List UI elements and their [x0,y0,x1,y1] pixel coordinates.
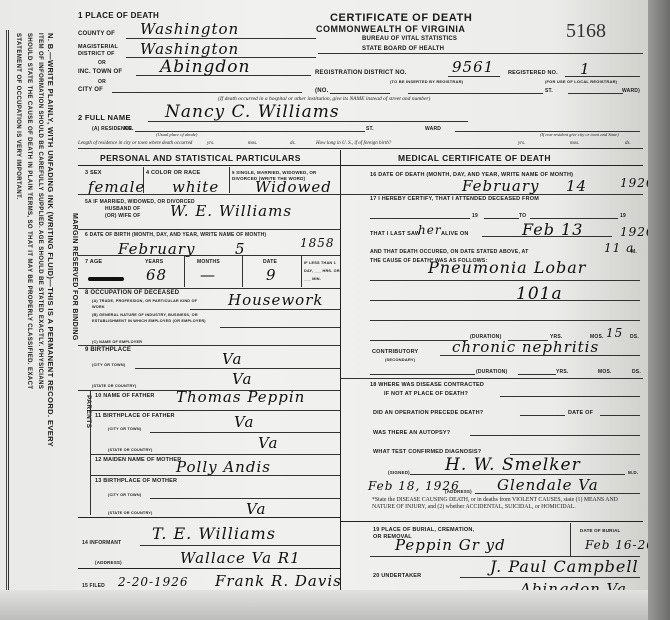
operation-label: DID AN OPERATION PRECEDE DEATH? [373,410,483,416]
registered-no-value: 1 [580,60,591,78]
age-years-label: YEARS [145,259,163,265]
age-days-value: 9 [266,266,277,284]
spouse-label-2: HUSBAND OF [105,206,140,212]
full-name-value: Nancy C. Williams [165,102,340,122]
medical-section-title: MEDICAL CERTIFICATE OF DEATH [398,153,551,163]
or-label-2: OR [98,79,106,85]
personal-section-title: PERSONAL AND STATISTICAL PARTICULARS [100,153,301,163]
father-state-value: Va [258,434,278,452]
undertaker-value: J. Paul Campbell [490,557,639,576]
duration2-label: (DURATION) [476,369,507,375]
to-19: 19 [620,213,626,219]
ward-label: WARD) [622,88,640,94]
informant-address-value: Wallace Va R1 [180,549,301,567]
cause-code: 101a [516,284,563,304]
birthplace-city-value: Va [222,350,242,368]
last-saw-pronoun: her [418,223,442,237]
father-city-label: (CITY OR TOWN) [108,427,141,431]
yrs-label: yrs. [207,141,214,146]
instructions-line-1: N. B.—WRITE PLAINLY, WITH UNFADING INK (… [46,33,55,447]
or-label-1: OR [98,60,106,66]
father-state-label: (STATE OR COUNTRY) [108,448,152,452]
operation-date-label: DATE OF [568,410,593,416]
district-label: DISTRICT OF [78,51,115,57]
certify-label: 17 I HEREBY CERTIFY, THAT I ATTENDED DEC… [370,196,539,202]
occupation-a-label: (A) TRADE, PROFESSION, OR PARTICULAR KIN… [92,298,202,310]
age-years-value: 68 [146,266,167,284]
age-date-label: DATE [263,259,277,265]
sex-label: 3 SEX [85,170,102,176]
column-divider [340,150,341,590]
foreign-birth-label: How long in U. S., if of foreign birth? [316,141,391,146]
binding-margin-label: MARGIN RESERVED FOR BINDING [71,213,78,341]
spouse-value: W. E. Williams [170,202,292,220]
mos2-label: mos. [570,141,579,146]
physician-address-label: (ADDRESS) [445,489,472,494]
occupation-c-label: (C) NAME OF EMPLOYER [92,340,142,344]
instructions-line-4: STATEMENT OF OCCUPATION IS VERY IMPORTAN… [15,33,21,200]
street-label: ST. [545,88,553,94]
father-birthplace-label: 11 BIRTHPLACE OF FATHER [95,413,175,419]
occupation-label: 8 OCCUPATION OF DECEASED [85,290,179,296]
address-no-label: (NO. [315,88,328,94]
place-of-death-label: 1 PLACE OF DEATH [78,11,159,20]
birthplace-city-label: (CITY OR TOWN) [92,363,125,367]
ds-label: ds. [290,141,296,146]
physician-signature: H. W. Smelker [445,455,581,475]
from-19: 19 [472,213,478,219]
undertaker-label: 20 UNDERTAKER [373,573,421,579]
residence-st-label: ST. [366,126,374,132]
inc-town-value: Abingdon [160,57,251,77]
father-city-value: Va [234,413,254,431]
struck-out-mark [88,277,124,281]
informant-address-label: (ADDRESS) [95,560,122,565]
nonresident-note: (If non-resident give city or town and S… [540,132,619,137]
duration2-yrs: YRS. [556,369,568,375]
margin-rule [6,30,7,600]
burial-date-value: Feb 16-26 [585,538,655,552]
signed-label: (SIGNED) [388,470,410,475]
to-label: TO [519,213,526,219]
duration-ds: DS. [630,334,639,340]
contributory-label: CONTRIBUTORY [372,349,418,355]
duration-days-value: 15 [606,326,623,340]
occupation-value: Housework [228,291,323,309]
certificate-number: 5168 [566,20,606,43]
margin-rule-inner [8,30,9,600]
dob-year: 1858 [300,236,335,250]
residence-no-label: NO. [124,126,134,132]
birthplace-state-value: Va [232,370,252,388]
father-name-value: Thomas Peppin [176,388,305,406]
dod-month: February [462,177,540,195]
duration2-mos: MOS. [598,369,612,375]
spouse-label-3: (OR) WIFE OF [105,213,140,219]
occurred-time: 11 a [604,241,634,255]
birthplace-label: 9 BIRTHPLACE [85,347,131,353]
registrar-signature: Frank R. Davis [215,572,342,590]
physician-address-value: Glendale Va [497,476,599,494]
county-value: Washington [140,20,239,38]
mother-maiden-label: 12 MAIDEN NAME OF MOTHER [95,457,181,463]
registration-district-value: 9561 [452,58,494,76]
header-rule [318,53,643,54]
duration2-ds: DS. [632,369,641,375]
contracted-sub: IF NOT AT PLACE OF DEATH? [384,391,468,397]
registered-no-note: (FOR USE OF LOCAL REGISTRAR) [545,79,617,84]
filed-label: 15 FILED [82,583,105,589]
commonwealth-label: COMMONWEALTH OF VIRGINIA [316,24,465,34]
cause-value: Pneumonia Lobar [428,258,586,277]
registered-no-label: REGISTERED NO. [508,70,558,76]
age-label: 7 AGE [85,259,102,265]
district-value: Washington [140,40,239,58]
registration-district-label: REGISTRATION DISTRICT NO. [315,70,407,76]
dod-day: 14 [566,177,587,195]
birthplace-state-label: (STATE OR COUNTRY) [92,384,136,388]
length-residence-label: Length of residence in city or town wher… [78,141,192,146]
age-lessthan-label: IF LESS THAN 1 DAY, ___ HRS. OR ___ MIN. [304,259,340,283]
certificate-title: CERTIFICATE OF DEATH [330,12,472,24]
burial-value: Peppin Gr yd [395,536,506,554]
occupation-b-label: (B) GENERAL NATURE OF INDUSTRY, BUSINESS… [92,312,217,324]
mos-label: mos. [248,141,257,146]
death-certificate: N. B.—WRITE PLAINLY, WITH UNFADING INK (… [0,0,650,612]
informant-value: T. E. Williams [152,524,276,543]
scan-right-edge [648,0,670,620]
alive-on-label: ALIVE ON [441,231,469,237]
filed-value: 2-20-1926 [118,575,189,589]
burial-date-label: DATE OF BURIAL [580,528,620,533]
last-saw-date: Feb 13 [522,220,583,239]
magisterial-label: MAGISTERIAL [78,44,118,50]
board-label: STATE BOARD OF HEALTH [362,46,444,52]
md-label: M.D. [628,470,638,475]
ds2-label: ds. [625,141,631,146]
instructions-line-3: SHOULD STATE THE CAUSE OF DEATH IN PLAIN… [26,33,32,389]
contributory-value: chronic nephritis [452,338,599,356]
contracted-label: 18 WHERE WAS DISEASE CONTRACTED [370,382,484,388]
mother-maiden-value: Polly Andis [176,458,271,476]
residence-ward-label: WARD [425,126,441,132]
footnote: *State the DISEASE CAUSING DEATH, or in … [372,497,640,511]
yrs2-label: yrs. [518,141,525,146]
county-label: COUNTY OF [78,31,115,37]
occurred-label: AND THAT DEATH OCCURED, ON DATE STATED A… [370,249,529,255]
registration-district-note: (TO BE INSERTED BY REGISTRAR) [390,79,463,84]
m-label: M. [631,249,637,255]
inc-town-label: INC. TOWN OF [78,69,122,75]
mother-state-label: (STATE OR COUNTRY) [108,511,152,515]
residence-note: (Usual place of abode) [156,132,197,137]
mother-city-label: (CITY OR TOWN) [108,493,141,497]
bureau-label: BUREAU OF VITAL STATISTICS [362,36,457,42]
scan-bottom-edge [0,590,670,620]
race-label: 4 COLOR OR RACE [146,170,200,176]
informant-label: 14 INFORMANT [82,540,121,546]
mother-birthplace-label: 13 BIRTHPLACE OF MOTHER [95,478,177,484]
father-name-label: 10 NAME OF FATHER [95,393,155,399]
autopsy-label: WAS THERE AN AUTOPSY? [373,430,450,436]
full-name-label: 2 FULL NAME [78,113,131,122]
last-saw-label: THAT I LAST SAW [370,231,420,237]
dob-label: 6 DATE OF BIRTH (MONTH, DAY, AND YEAR, W… [85,232,266,238]
city-label: CITY OF [78,87,103,93]
secondary-label: (SECONDARY) [385,357,415,362]
instructions-line-2: ITEM OF INFORMATION SHOULD BE CAREFULLY … [37,33,43,389]
age-months-value: — [200,266,216,284]
mother-state-value: Va [246,500,266,518]
age-months-label: MONTHS [197,259,220,265]
